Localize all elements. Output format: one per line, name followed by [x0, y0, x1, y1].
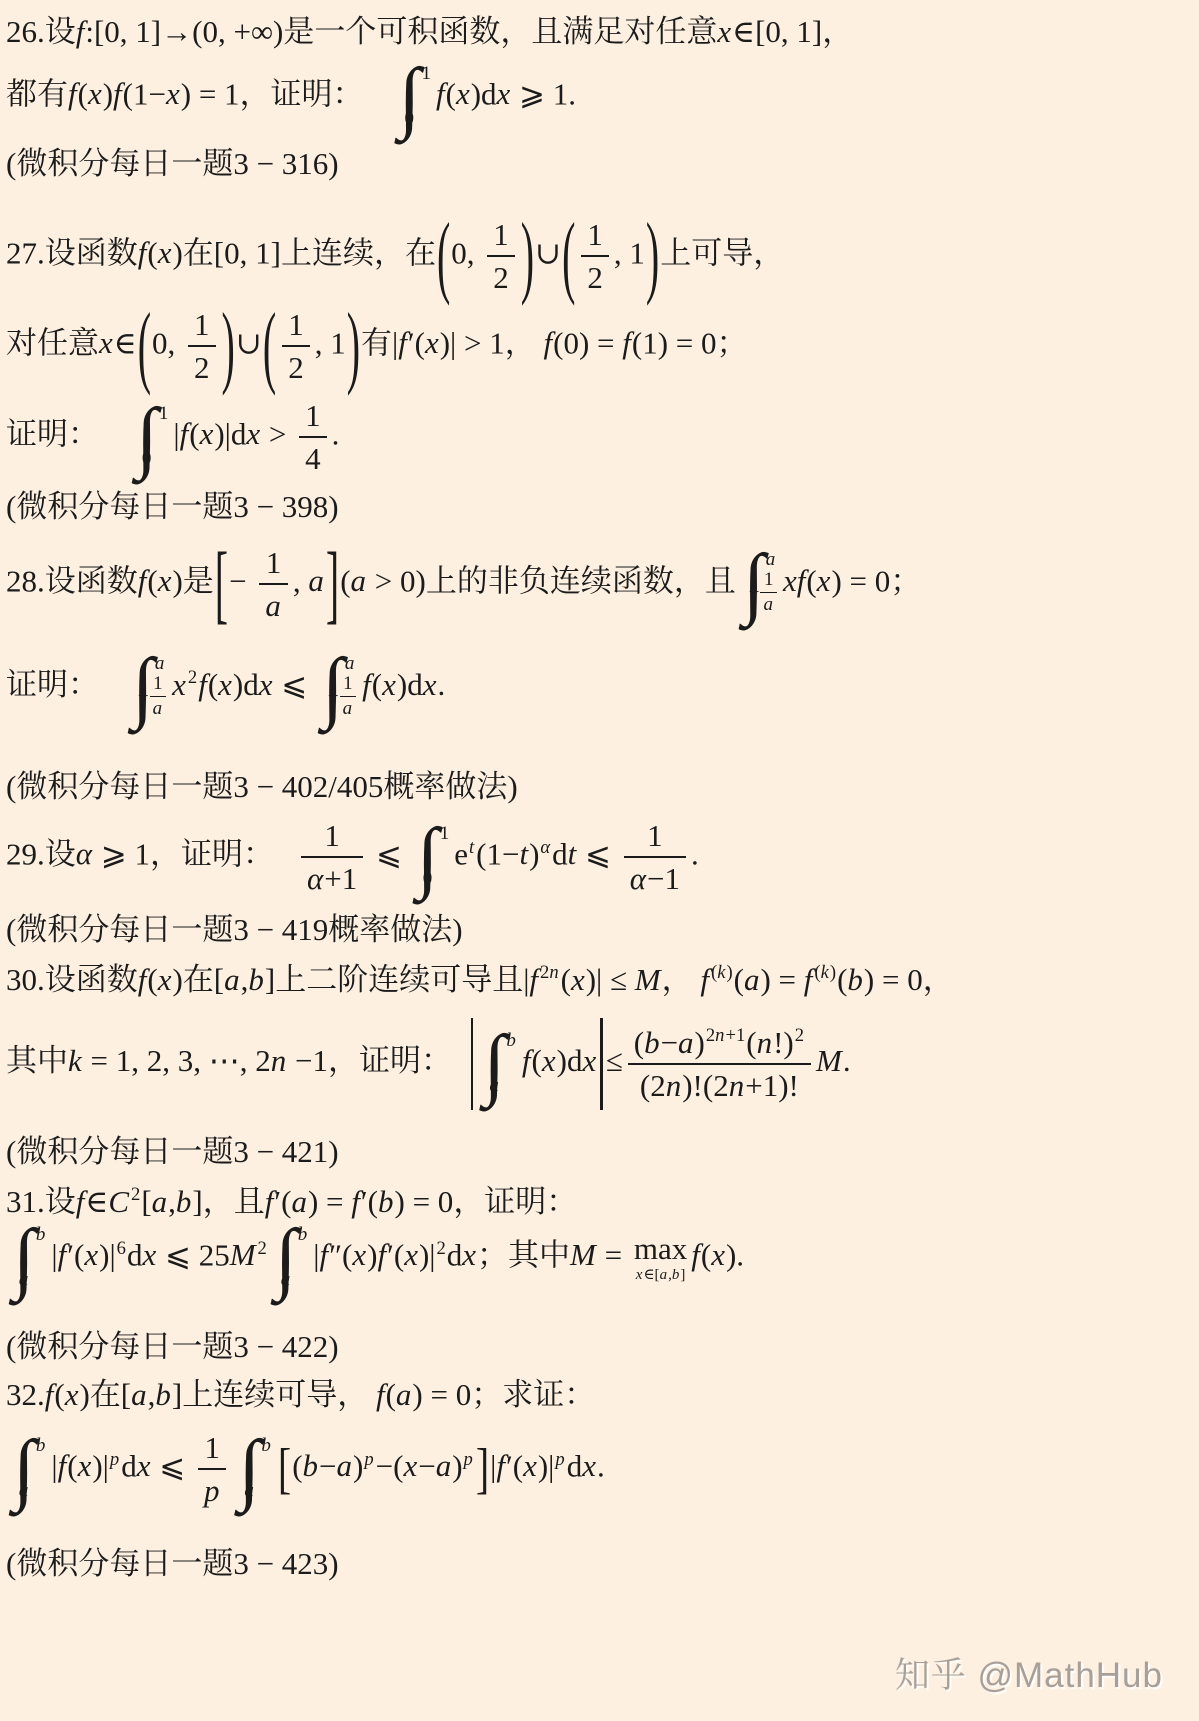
math-run: x ⩽	[259, 667, 315, 702]
text-run: (微积分每日一题3 − 402/405概率做法)	[6, 769, 518, 804]
integral-limits: ba	[35, 1434, 47, 1504]
math-run: f∈C	[76, 1184, 130, 1219]
math-run: x∈[0, 1]	[717, 14, 822, 49]
superscript: 2	[258, 1238, 267, 1259]
text-run: 在	[183, 235, 214, 270]
integral-lower-limit: a	[281, 1270, 292, 1289]
fraction-numerator: 1	[301, 818, 363, 858]
problem-26-source-tag: (微积分每日一题3 − 316)	[6, 142, 339, 186]
fraction-denominator: a	[259, 585, 288, 624]
math-run: x	[462, 1237, 477, 1272]
math-run: |f(x)|	[51, 1448, 108, 1483]
math-run: [a,b]	[141, 1184, 202, 1219]
text-run: d	[231, 416, 247, 451]
fraction-numerator: 1	[760, 569, 777, 593]
fraction: 12	[282, 307, 310, 385]
math-run: 4	[305, 441, 321, 476]
math-run: −(x−a)	[376, 1448, 463, 1483]
math-run: f(x).	[691, 1237, 744, 1272]
superscript: 2	[131, 1184, 140, 1205]
text-run: 26.设	[6, 14, 76, 49]
math-run: a	[244, 1481, 255, 1500]
math-run: −	[328, 687, 339, 706]
fraction: 1a	[340, 673, 357, 720]
integral-upper-limit: 1	[159, 404, 169, 423]
text-run: 有	[361, 325, 392, 360]
text-run: ，	[822, 14, 853, 49]
text-run: (微积分每日一题3 − 398)	[6, 489, 339, 524]
integral-limits: a−1a	[154, 652, 167, 724]
math-run: M =	[570, 1237, 630, 1272]
spacer	[99, 443, 129, 444]
superscript: p	[364, 1449, 374, 1470]
math-run: f(x)	[138, 235, 183, 270]
math-run: x.	[582, 1448, 605, 1483]
math-run: M.	[816, 1043, 851, 1078]
math-run: ⩽	[368, 836, 409, 871]
math-run: 0,	[451, 235, 482, 270]
math-run: f(x)	[138, 962, 183, 997]
big-delimiter: (	[561, 210, 576, 302]
text-run: 上二阶连续可导且	[275, 962, 523, 997]
problem-28-statement-line: 28.设函数f(x)是[− 1a, a](a > 0)上的非负连续函数，且∫a−…	[6, 545, 921, 623]
text-run: (微积分每日一题3 − 423)	[6, 1546, 339, 1581]
integral-upper-limit: b	[36, 1436, 47, 1455]
math-run: 1	[153, 673, 163, 694]
fraction: 12	[581, 217, 609, 295]
fraction-numerator: 1	[487, 217, 515, 257]
fraction-numerator: 1	[581, 217, 609, 257]
fraction-numerator: 1	[150, 673, 167, 697]
text-run: d	[567, 1448, 583, 1483]
integral: ∫ba	[275, 1223, 308, 1293]
math-run: a	[766, 549, 777, 570]
integral-upper-limit: b	[36, 1225, 47, 1244]
text-run: 上连续，在	[281, 235, 436, 270]
superscript: 2	[795, 1025, 804, 1046]
superscript: 2n	[540, 962, 560, 983]
math-run: f:[0, 1]→(0, +∞)	[76, 14, 284, 49]
integral-upper-limit: b	[298, 1225, 309, 1244]
big-delimiter: ]	[325, 540, 340, 628]
big-delimiter: [	[277, 1441, 292, 1497]
math-run: ∪	[535, 235, 561, 270]
math-run: 1	[493, 217, 509, 252]
text-run: 上的非负连续函数，且	[426, 563, 736, 598]
integral: ∫10	[417, 822, 449, 892]
integral: ∫10	[399, 62, 431, 132]
fraction-denominator: 4	[299, 438, 327, 477]
math-run: [0, 1]	[214, 235, 281, 270]
integral-lower-limit: −1a	[328, 673, 357, 720]
fraction-numerator: 1	[259, 545, 288, 585]
integral-limits: ba	[297, 1223, 309, 1293]
fraction: 1α+1	[301, 818, 363, 896]
math-run: 1	[266, 545, 282, 580]
operator-limit: x∈[a,b]	[636, 1265, 686, 1284]
text-run: d	[121, 1448, 137, 1483]
text-run: (微积分每日一题3 − 316)	[6, 146, 339, 181]
text-run: 在	[183, 962, 214, 997]
math-run: |f″(x)f′(x)|	[313, 1237, 435, 1272]
math-run: p	[204, 1473, 221, 1508]
integral-limits: a−1a	[765, 548, 778, 620]
problem-31-source-tag: (微积分每日一题3 − 422)	[6, 1325, 339, 1369]
superscript: 6	[117, 1238, 126, 1259]
text-run: d	[552, 836, 568, 871]
integral-lower-limit: 0	[142, 449, 152, 468]
text-run: d	[447, 1237, 463, 1272]
big-delimiter: )	[520, 210, 535, 302]
fraction-denominator: a	[150, 697, 167, 720]
problem-30-claim-line: 其中k = 1, 2, 3, ⋯, 2n −1，证明：∫baf(x)dx≤(b−…	[6, 1018, 851, 1110]
math-run: (a > 0)	[340, 563, 426, 598]
integral: ∫a−1a	[743, 548, 778, 620]
problem-32-statement-line: 32.f(x)在[a,b]上连续可导， f(a) = 0；求证：	[6, 1373, 595, 1417]
superscript: 2n+1	[706, 1025, 745, 1046]
integral: ∫a−1a	[132, 652, 167, 724]
fraction: (b−a)2n+1(n!)2(2n)!(2n+1)!	[628, 1025, 811, 1103]
fraction-denominator: a	[340, 697, 357, 720]
text-run: (微积分每日一题3 − 422)	[6, 1329, 339, 1364]
math-run: .	[332, 416, 340, 451]
fraction-denominator: p	[198, 1470, 227, 1509]
math-run: |f′(x)|	[490, 1448, 554, 1483]
integral: ∫a−1a	[322, 652, 357, 724]
fraction: 14	[299, 398, 327, 476]
math-run: α+1	[307, 861, 357, 896]
math-run: [a,b]	[214, 962, 275, 997]
text-run: ；其中	[477, 1237, 570, 1272]
math-run: f(x)f(1−x) = 1	[68, 76, 240, 111]
fraction: 1a	[150, 673, 167, 720]
fraction-numerator: (b−a)2n+1(n!)2	[628, 1025, 811, 1065]
math-run: t ⩽	[568, 836, 619, 871]
superscript: p	[110, 1449, 120, 1470]
integral-upper-limit: a	[766, 550, 777, 569]
text-run: 32.	[6, 1377, 45, 1412]
text-run: ；	[890, 563, 921, 598]
text-run: 29.设	[6, 836, 76, 871]
math-run: 2	[194, 350, 210, 385]
problem-29-source-tag: (微积分每日一题3 − 419概率做法)	[6, 908, 463, 952]
text-run: (微积分每日一题3 − 421)	[6, 1134, 339, 1169]
text-run: 上可导，	[660, 235, 784, 270]
math-run: 2	[493, 260, 509, 295]
fraction: 1p	[198, 1430, 227, 1508]
integral: ∫ba	[238, 1434, 271, 1504]
fraction-denominator: a	[760, 593, 777, 616]
text-run: d	[407, 667, 423, 702]
math-run: b	[36, 1435, 47, 1456]
math-run: f(a) = 0	[376, 1377, 471, 1412]
math-run: f(x)	[522, 1043, 567, 1078]
math-run: xf(x) = 0	[783, 563, 890, 598]
math-run: x∈	[99, 325, 137, 360]
math-run: 0	[404, 109, 414, 128]
math-run: a	[343, 698, 354, 719]
math-run: x ⩾ 1.	[497, 76, 577, 111]
math-run: k = 1, 2, 3, ⋯, 2n −1	[68, 1043, 328, 1078]
integral-lower-limit: a	[19, 1481, 30, 1500]
math-run: (b−a)	[292, 1448, 363, 1483]
math-run: 1	[159, 403, 169, 424]
problem-30-source-tag: (微积分每日一题3 − 421)	[6, 1130, 339, 1174]
fraction-denominator: 2	[188, 347, 216, 386]
fraction-denominator: 2	[282, 347, 310, 386]
math-run: ≤	[606, 1043, 623, 1078]
big-delimiter: (	[262, 300, 277, 392]
fraction: 1a	[259, 545, 288, 623]
superscript: (k)	[711, 962, 733, 983]
fraction-denominator: α+1	[301, 858, 363, 897]
document-page: { "page": { "background": "#fdf0e0", "te…	[0, 0, 1199, 1721]
integral-upper-limit: b	[261, 1436, 272, 1455]
problem-27-source-tag: (微积分每日一题3 − 398)	[6, 485, 339, 529]
math-run: −	[229, 563, 254, 598]
fraction-denominator: 2	[487, 257, 515, 296]
problem-32-source-tag: (微积分每日一题3 − 423)	[6, 1542, 339, 1586]
text-run: ，证明：	[328, 1043, 452, 1078]
text-run: ，证明：	[240, 76, 364, 111]
integral-limits: 10	[420, 62, 431, 132]
integral: ∫ba	[13, 1434, 46, 1504]
fraction: 12	[487, 217, 515, 295]
integral-lower-limit: a	[244, 1481, 255, 1500]
fraction-denominator: (2n)!(2n+1)!	[628, 1065, 811, 1104]
superscript: (k)	[814, 962, 836, 983]
text-run: d	[243, 667, 259, 702]
integral-limits: ba	[260, 1434, 272, 1504]
math-run: 2	[288, 350, 304, 385]
math-run: , a	[293, 563, 325, 598]
problem-30-statement-line-1: 30.设函数f(x)在[a,b]上二阶连续可导且|f2n(x)| ≤ M， f(…	[6, 958, 954, 1002]
fraction-numerator: 1	[299, 398, 327, 438]
problem-27-claim-line: 证明：∫10|f(x)|dx > 14.	[6, 398, 339, 476]
problem-32-claim-line: ∫ba|f(x)|pdx ⩽ 1p∫ba[(b−a)p−(x−a)p]|f′(x…	[6, 1430, 605, 1508]
math-run: .	[691, 836, 699, 871]
text-run: ，且	[203, 1184, 265, 1219]
big-delimiter: ]	[475, 1441, 490, 1497]
text-run: d	[481, 76, 497, 111]
math-run: b	[36, 1224, 47, 1245]
math-run: |f′(x)|	[51, 1237, 115, 1272]
math-run: −	[749, 583, 760, 602]
fraction: 1α−1	[624, 818, 686, 896]
max-operator: maxx∈[a,b]	[634, 1233, 687, 1284]
math-run: a	[489, 1076, 500, 1095]
superscript: 2	[188, 667, 197, 688]
integral-lower-limit: a	[19, 1270, 30, 1289]
fraction-numerator: 1	[624, 818, 686, 858]
text-run: ；求证：	[471, 1377, 595, 1412]
math-run: [a,b]	[121, 1377, 182, 1412]
problem-29-statement-line: 29.设α ⩾ 1，证明：1α+1 ⩽ ∫10et(1−t)αdt ⩽ 1α−1…	[6, 818, 699, 896]
math-run: ∪	[236, 325, 262, 360]
math-run: 1	[343, 673, 353, 694]
math-run: a	[345, 653, 356, 674]
math-run: x	[172, 667, 187, 702]
math-run: 1	[305, 398, 321, 433]
text-run: 28.设函数	[6, 563, 138, 598]
problem-28-source-tag: (微积分每日一题3 − 402/405概率做法)	[6, 765, 518, 809]
math-run: a	[19, 1481, 30, 1500]
text-run: 都有	[6, 76, 68, 111]
fraction-numerator: 1	[188, 307, 216, 347]
big-delimiter: )	[645, 210, 660, 302]
math-run: (b) = 0	[837, 962, 923, 997]
math-run: a	[153, 698, 164, 719]
watermark: 知乎 @MathHub	[895, 1648, 1163, 1698]
fraction-numerator: 1	[282, 307, 310, 347]
math-run: α−1	[630, 861, 680, 896]
text-run: 是	[183, 563, 214, 598]
fraction-numerator: 1	[198, 1430, 227, 1470]
math-run: 0,	[152, 325, 183, 360]
big-delimiter: )	[346, 300, 361, 392]
fraction: 12	[188, 307, 216, 385]
superscript: p	[464, 1449, 474, 1470]
text-run: d	[567, 1043, 583, 1078]
integral-limits: a−1a	[344, 652, 357, 724]
integral-limits: 10	[439, 822, 450, 892]
math-run: x.	[423, 667, 446, 702]
problem-31-claim-line: ∫ba|f′(x)|6dx ⩽ 25M2∫ba|f″(x)f′(x)|2dx；其…	[6, 1223, 744, 1293]
text-run: ，证明：	[453, 1184, 577, 1219]
superscript: 2	[436, 1238, 445, 1259]
integral-lower-limit: −1a	[138, 673, 167, 720]
math-run: 1	[647, 818, 663, 853]
math-run: |f	[523, 962, 539, 997]
math-run: (b−a)	[634, 1025, 705, 1060]
math-run: x >	[246, 416, 294, 451]
integral-limits: ba	[35, 1223, 47, 1293]
math-run: a	[19, 1270, 30, 1289]
math-run: a	[763, 594, 774, 615]
text-run: d	[127, 1237, 143, 1272]
fraction: 1a	[760, 569, 777, 616]
text-run: ，	[662, 962, 701, 997]
text-run: (微积分每日一题3 − 419概率做法)	[6, 912, 463, 947]
abs-value-bar	[471, 1018, 474, 1110]
integral-lower-limit: −1a	[749, 569, 778, 616]
math-run: b	[506, 1030, 517, 1051]
math-run: a	[155, 653, 166, 674]
fraction-numerator: 1	[340, 673, 357, 697]
spacer	[452, 1070, 468, 1071]
text-run: 27.设函数	[6, 235, 138, 270]
math-run: |f(x)|	[173, 416, 230, 451]
math-run: 1	[440, 823, 450, 844]
math-run: −	[138, 687, 149, 706]
math-run: a	[265, 588, 282, 623]
math-run: b	[261, 1435, 272, 1456]
math-run: 1	[288, 307, 304, 342]
math-run: 1	[764, 569, 774, 590]
integral-limits: ba	[505, 1029, 517, 1099]
spacer	[99, 694, 125, 695]
integral-upper-limit: 1	[421, 64, 431, 83]
math-run: , 1	[315, 325, 346, 360]
math-run: (2n)!(2n+1)!	[640, 1068, 799, 1103]
text-run: ，	[505, 325, 544, 360]
problem-26-statement-line-2: 都有f(x)f(1−x) = 1，证明：∫10f(x)dx ⩾ 1.	[6, 62, 576, 132]
math-run: 2	[587, 260, 603, 295]
math-run: (1−t)	[476, 836, 539, 871]
math-run: 1	[204, 1430, 220, 1465]
text-run: 30.设函数	[6, 962, 138, 997]
integral-upper-limit: a	[155, 654, 166, 673]
math-run: x	[582, 1043, 597, 1078]
math-run: 1	[194, 307, 210, 342]
math-run: 0	[423, 869, 433, 888]
math-run: 1	[421, 63, 431, 84]
problem-26-statement-line-1: 26.设f:[0, 1]→(0, +∞)是一个可积函数，且满足对任意x∈[0, …	[6, 10, 853, 54]
fraction-denominator: α−1	[624, 858, 686, 897]
integral: ∫10	[136, 402, 168, 472]
text-run: e	[454, 836, 468, 871]
spacer	[364, 103, 392, 104]
math-run: f(0) = f(1) = 0	[544, 325, 717, 360]
integral-upper-limit: a	[345, 654, 356, 673]
math-run: x ⩽ 25M	[142, 1237, 256, 1272]
integral-lower-limit: a	[489, 1076, 500, 1095]
spacer	[274, 863, 296, 864]
math-run: |f′(x)| > 1	[392, 325, 505, 360]
operator-name: max	[634, 1233, 687, 1266]
math-run: a	[281, 1270, 292, 1289]
big-delimiter: [	[214, 540, 229, 628]
text-run: 证明：	[6, 416, 99, 451]
math-run: 1	[587, 217, 603, 252]
text-run: 在	[90, 1377, 121, 1412]
integral: ∫ba	[483, 1029, 516, 1099]
text-run: 证明：	[6, 667, 99, 702]
math-run: b	[298, 1224, 309, 1245]
integral-upper-limit: 1	[440, 824, 450, 843]
math-run: f(x)	[198, 667, 243, 702]
math-run: x ⩽	[137, 1448, 193, 1483]
abs-value-bar	[600, 1018, 603, 1110]
math-run: , 1	[614, 235, 645, 270]
problem-28-claim-line: 证明：∫a−1ax2f(x)dx ⩽ ∫a−1af(x)dx.	[6, 652, 445, 724]
math-run: f(x)	[362, 667, 407, 702]
text-run: 对任意	[6, 325, 99, 360]
fraction-denominator: 2	[581, 257, 609, 296]
big-delimiter: (	[137, 300, 152, 392]
text-run: ，证明：	[150, 836, 274, 871]
integral-limits: 10	[158, 402, 169, 472]
text-run: 是一个可积函数，且满足对任意	[283, 14, 717, 49]
text-run: ；	[717, 325, 748, 360]
big-delimiter: )	[221, 300, 236, 392]
math-run: 1	[324, 818, 340, 853]
math-run: (x)| ≤ M	[561, 962, 662, 997]
math-run: f(x)	[436, 76, 481, 111]
text-run: 上连续可导，	[182, 1377, 376, 1412]
math-run: 0	[142, 449, 152, 468]
integral-upper-limit: b	[506, 1031, 517, 1050]
text-run: ，	[923, 962, 954, 997]
math-run: (a) = f	[734, 962, 814, 997]
problem-27-statement-line-2: 对任意x∈(0, 12)∪(12, 1)有|f′(x)| > 1， f(0) =…	[6, 307, 748, 385]
superscript: α	[540, 837, 551, 858]
math-run: (n!)	[746, 1025, 793, 1060]
superscript: p	[555, 1449, 565, 1470]
problem-27-statement-line-1: 27.设函数f(x)在[0, 1]上连续，在(0, 12)∪(12, 1)上可导…	[6, 217, 784, 295]
math-run: α ⩾ 1	[76, 836, 150, 871]
text-run: 其中	[6, 1043, 68, 1078]
